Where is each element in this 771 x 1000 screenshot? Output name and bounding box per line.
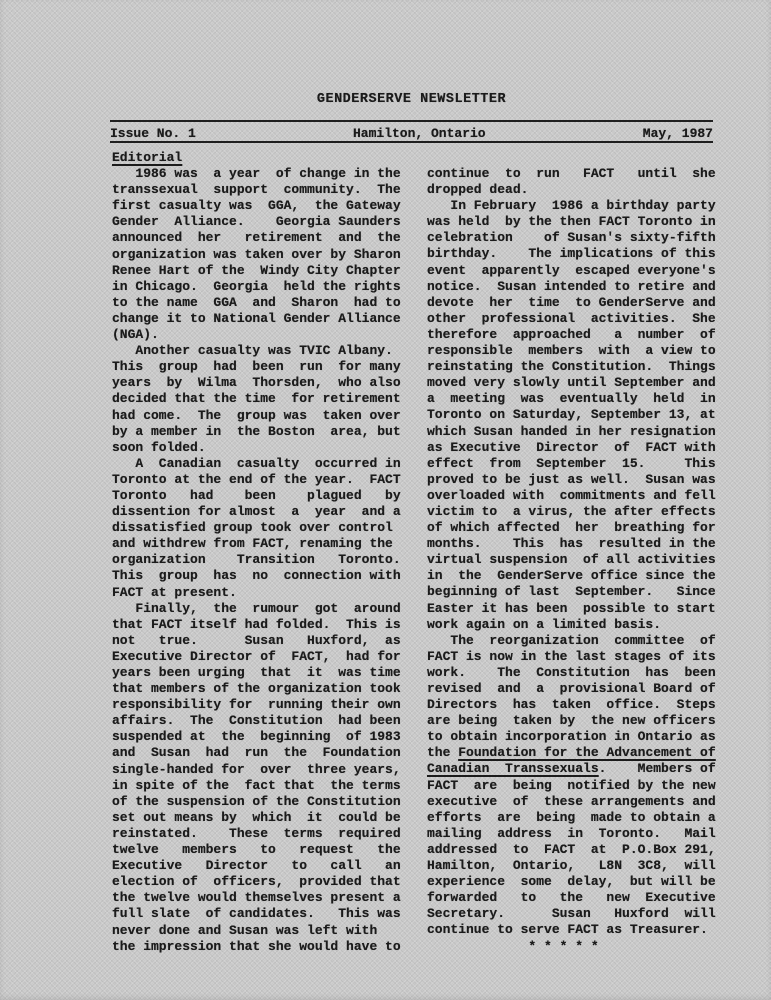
text-line: Executive Director to call an — [112, 858, 401, 874]
text-line: Another casualty was TVIC Albany. — [112, 343, 401, 359]
text-line: the twelve would themselves present a — [112, 890, 401, 906]
text-line: responsibility for running their own — [112, 697, 401, 713]
text-line: are being taken by the new officers — [427, 713, 716, 729]
text-line: notice. Susan intended to retire and — [427, 279, 716, 295]
text-line: suspended at the beginning of 1983 — [112, 729, 401, 745]
text-line: organization was taken over by Sharon — [112, 247, 401, 263]
text-line: executive of these arrangements and — [427, 794, 716, 810]
text-line: the Foundation for the Advancement of — [427, 745, 716, 761]
article-column-right: continue to run FACT until shedropped de… — [427, 166, 716, 955]
text-line: addressed to FACT at P.O.Box 291, — [427, 842, 716, 858]
text-line: celebration of Susan's sixty-fifth — [427, 230, 716, 246]
text-line: in spite of the fact that the terms — [112, 778, 401, 794]
text-line: The reorganization committee of — [427, 633, 716, 649]
text-line: continue to run FACT until she — [427, 166, 716, 182]
text-line: Executive Director of FACT, had for — [112, 649, 401, 665]
text-line: and Susan had run the Foundation — [112, 745, 401, 761]
text-line: Toronto on Saturday, September 13, at — [427, 407, 716, 423]
text-line: This group has no connection with — [112, 568, 401, 584]
text-line: months. This has resulted in the — [427, 536, 716, 552]
text-line: and withdrew from FACT, renaming the — [112, 536, 401, 552]
text-line: dissention for almost a year and a — [112, 504, 401, 520]
text-line: Gender Alliance. Georgia Saunders — [112, 214, 401, 230]
text-line: Easter it has been possible to start — [427, 601, 716, 617]
text-line: FACT is now in the last stages of its — [427, 649, 716, 665]
text-line: Canadian Transsexuals. Members of — [427, 761, 716, 777]
text-line: years been urging that it was time — [112, 665, 401, 681]
text-line: dissatisfied group took over control — [112, 520, 401, 536]
text-line: change it to National Gender Alliance — [112, 311, 401, 327]
text-line: * * * * * — [427, 939, 716, 955]
text-line: to the name GGA and Sharon had to — [112, 295, 401, 311]
text-line: dropped dead. — [427, 182, 716, 198]
newsletter-page: GENDERSERVE NEWSLETTER Issue No. 1 Hamil… — [0, 0, 771, 1000]
text-line: event apparently escaped everyone's — [427, 263, 716, 279]
text-line: had come. The group was taken over — [112, 408, 401, 424]
text-line: (NGA). — [112, 327, 401, 343]
text-line: of the suspension of the Constitution — [112, 794, 401, 810]
text-line: revised and a provisional Board of — [427, 681, 716, 697]
text-line: which Susan handed in her resignation — [427, 424, 716, 440]
text-line: reinstating the Constitution. Things — [427, 359, 716, 375]
text-line: soon folded. — [112, 440, 401, 456]
text-line: in Chicago. Georgia held the rights — [112, 279, 401, 295]
text-line: to obtain incorporation in Ontario as — [427, 729, 716, 745]
text-line: first casualty was GGA, the Gateway — [112, 198, 401, 214]
text-line: in the GenderServe office since the — [427, 568, 716, 584]
text-line: devote her time to GenderServe and — [427, 295, 716, 311]
text-line: Secretary. Susan Huxford will — [427, 906, 716, 922]
text-line: Directors has taken office. Steps — [427, 697, 716, 713]
text-line: announced her retirement and the — [112, 230, 401, 246]
text-line: effect from September 15. This — [427, 456, 716, 472]
text-line: efforts are being made to obtain a — [427, 810, 716, 826]
text-line: Hamilton, Ontario, L8N 3C8, will — [427, 858, 716, 874]
text-line: overloaded with commitments and fell — [427, 488, 716, 504]
text-line: transsexual support community. The — [112, 182, 401, 198]
text-line: proved to be just as well. Susan was — [427, 472, 716, 488]
text-line: experience some delay, but will be — [427, 874, 716, 890]
text-line: twelve members to request the — [112, 842, 401, 858]
text-line: Finally, the rumour got around — [112, 601, 401, 617]
text-line: not true. Susan Huxford, as — [112, 633, 401, 649]
issue-number: Issue No. 1 — [110, 126, 196, 141]
masthead-location: Hamilton, Ontario — [353, 126, 486, 141]
text-line: Toronto had been plagued by — [112, 488, 401, 504]
article-column-left: Editorial 1986 was a year of change in t… — [112, 150, 401, 955]
text-line: of which affected her breathing for — [427, 520, 716, 536]
text-line: set out means by which it could be — [112, 810, 401, 826]
text-line: by a member in the Boston area, but — [112, 424, 401, 440]
text-line: Renee Hart of the Windy City Chapter — [112, 263, 401, 279]
text-line: mailing address in Toronto. Mail — [427, 826, 716, 842]
text-line: organization Transition Toronto. — [112, 552, 401, 568]
text-line: reinstated. These terms required — [112, 826, 401, 842]
newsletter-title: GENDERSERVE NEWSLETTER — [110, 92, 713, 107]
text-line: full slate of candidates. This was — [112, 906, 401, 922]
text-line: responsible members with a view to — [427, 343, 716, 359]
text-line: other professional activities. She — [427, 311, 716, 327]
masthead-rule-bottom — [110, 141, 713, 143]
text-line: work again on a limited basis. — [427, 617, 716, 633]
text-line: was held by the then FACT Toronto in — [427, 214, 716, 230]
text-line: work. The Constitution has been — [427, 665, 716, 681]
text-line: never done and Susan was left with — [112, 923, 401, 939]
text-line: election of officers, provided that — [112, 874, 401, 890]
text-line: This group had been run for many — [112, 359, 401, 375]
text-line: a meeting was eventually held in — [427, 391, 716, 407]
text-line: In February 1986 a birthday party — [427, 198, 716, 214]
text-line: forwarded to the new Executive — [427, 890, 716, 906]
text-line: single-handed for over three years, — [112, 762, 401, 778]
text-line: the impression that she would have to — [112, 939, 401, 955]
text-line: decided that the time for retirement — [112, 391, 401, 407]
text-line: that FACT itself had folded. This is — [112, 617, 401, 633]
text-line: virtual suspension of all activities — [427, 552, 716, 568]
text-line: FACT are being notified by the new — [427, 778, 716, 794]
text-line: birthday. The implications of this — [427, 246, 716, 262]
text-line: Toronto at the end of the year. FACT — [112, 472, 401, 488]
text-line: 1986 was a year of change in the — [112, 166, 401, 182]
text-line: A Canadian casualty occurred in — [112, 456, 401, 472]
text-line: continue to serve FACT as Treasurer. — [427, 922, 716, 938]
text-line: that members of the organization took — [112, 681, 401, 697]
text-line: as Executive Director of FACT with — [427, 440, 716, 456]
masthead-date: May, 1987 — [643, 126, 713, 141]
text-line: beginning of last September. Since — [427, 584, 716, 600]
text-line: years by Wilma Thorsden, who also — [112, 375, 401, 391]
text-line: FACT at present. — [112, 585, 401, 601]
text-line: victim to a virus, the after effects — [427, 504, 716, 520]
text-line: moved very slowly until September and — [427, 375, 716, 391]
text-line: Editorial — [112, 150, 401, 166]
masthead-row: Issue No. 1 Hamilton, Ontario May, 1987 — [110, 126, 713, 141]
text-line: therefore approached a number of — [427, 327, 716, 343]
text-line: affairs. The Constitution had been — [112, 713, 401, 729]
masthead-rule-top — [110, 120, 713, 122]
